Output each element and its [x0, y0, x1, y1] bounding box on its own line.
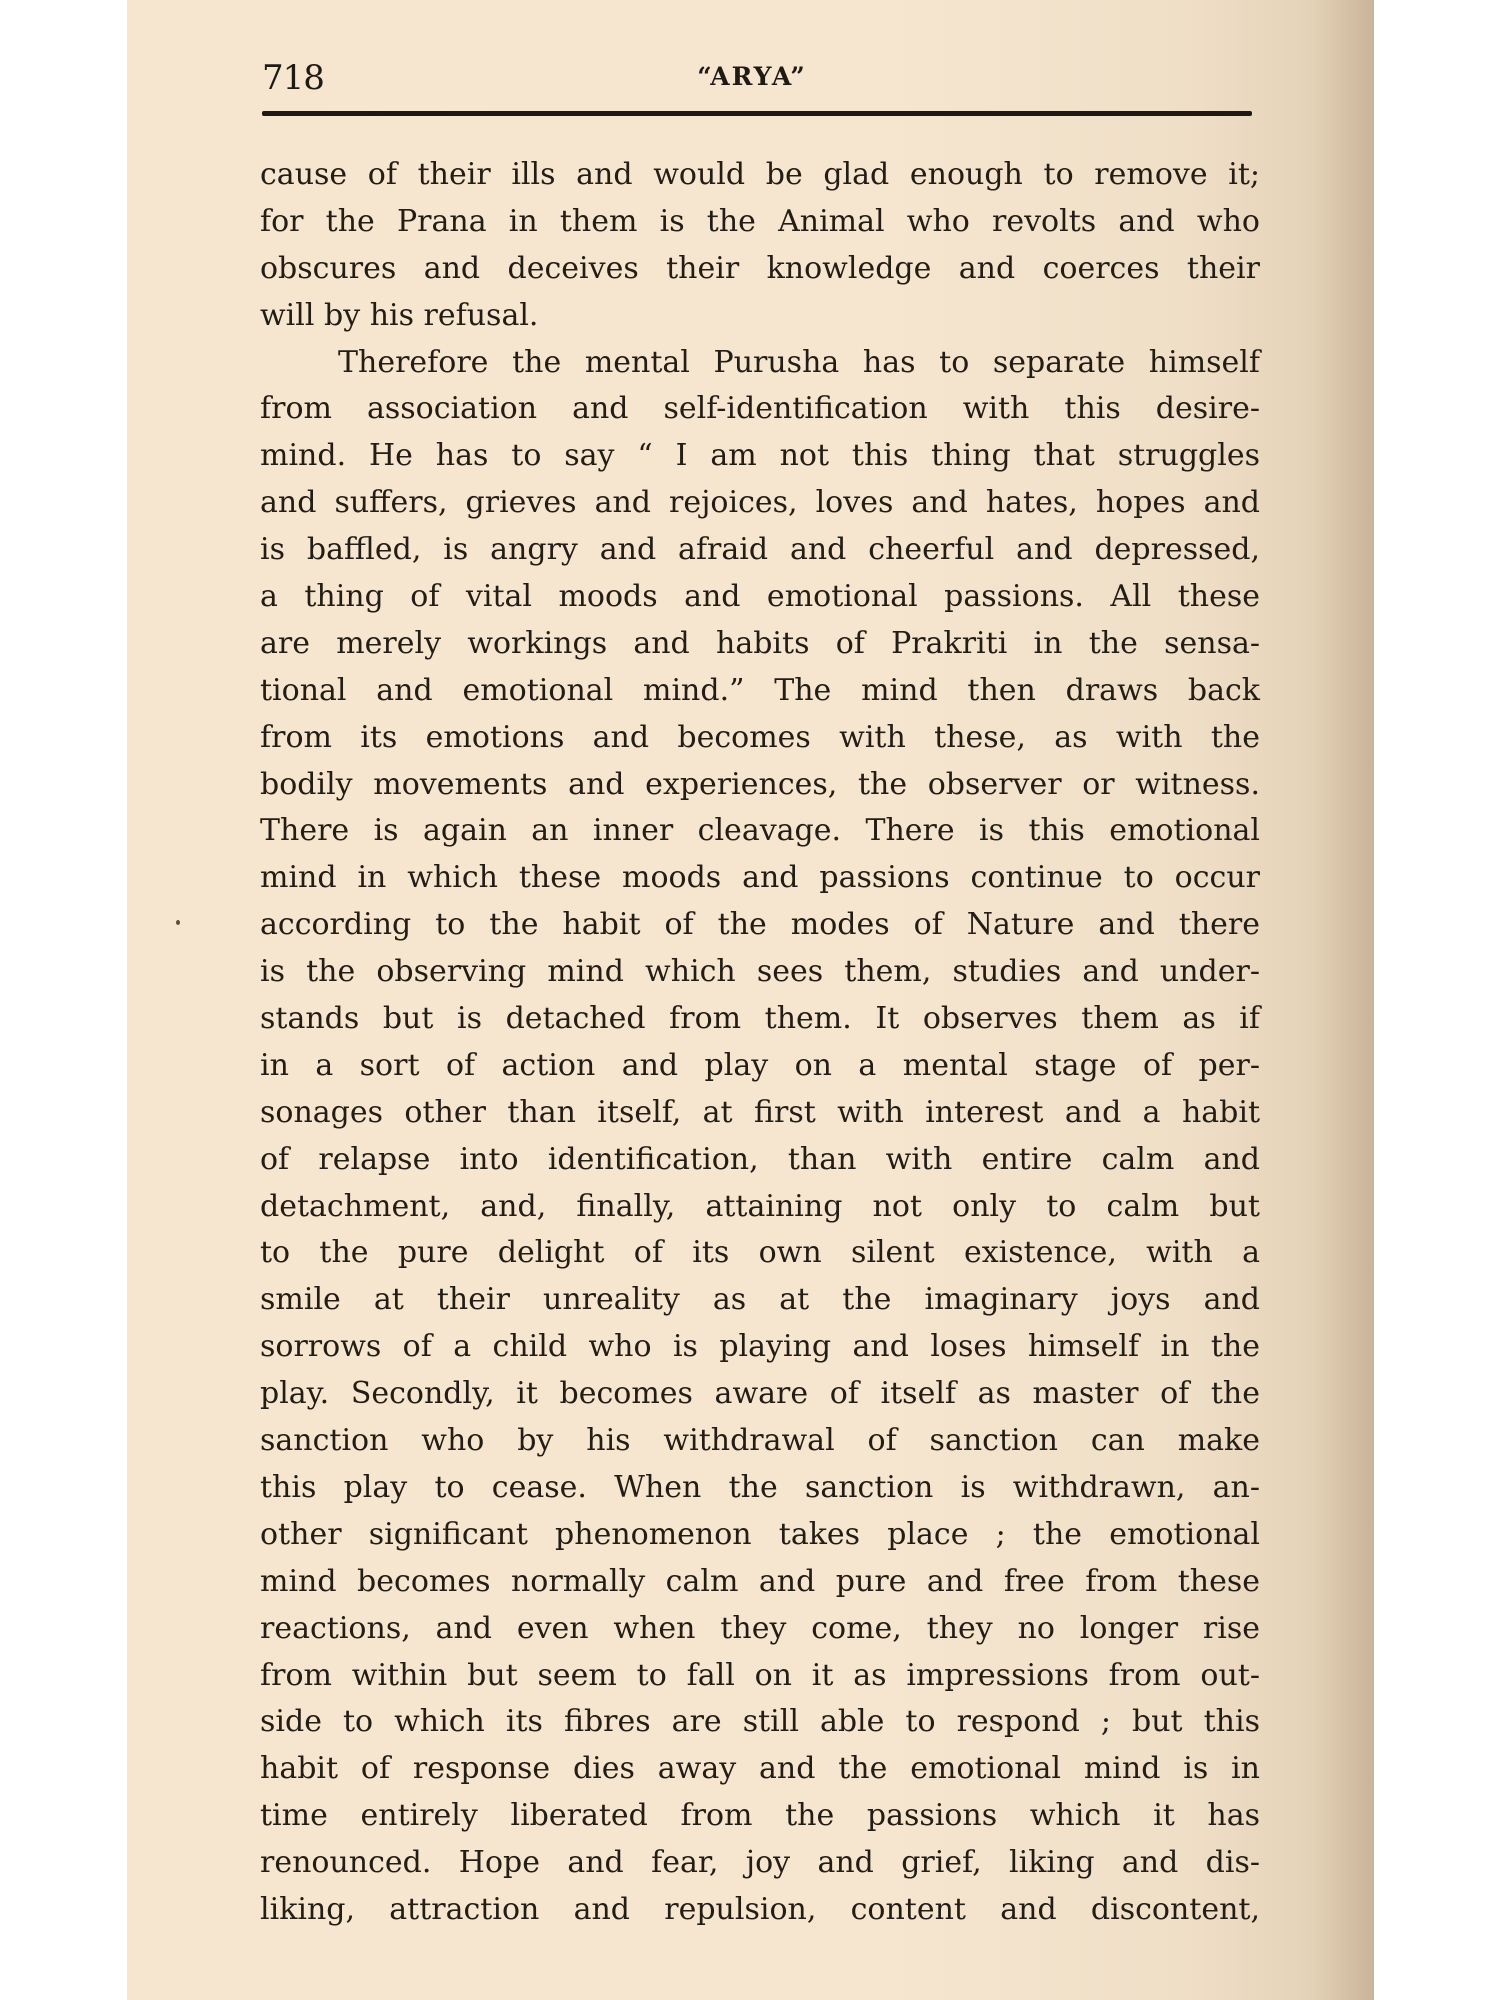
- paper-speck: [176, 920, 180, 925]
- page-number: 718: [262, 58, 324, 98]
- text-line: cause of their ills and would be glad en…: [260, 152, 1260, 199]
- text-line: reactions, and even when they come, they…: [260, 1606, 1260, 1653]
- text-line: is the observing mind which sees them, s…: [260, 949, 1260, 996]
- text-line: according to the habit of the modes of N…: [260, 902, 1260, 949]
- text-line: a thing of vital moods and emotional pas…: [260, 574, 1260, 621]
- text-line: tional and emotional mind.” The mind the…: [260, 668, 1260, 715]
- text-line: are merely workings and habits of Prakri…: [260, 621, 1260, 668]
- text-line: for the Prana in them is the Animal who …: [260, 199, 1260, 246]
- text-line: liking, attraction and repulsion, conten…: [260, 1887, 1260, 1934]
- text-line: other significant phenomenon takes place…: [260, 1512, 1260, 1559]
- text-line: There is again an inner cleavage. There …: [260, 808, 1260, 855]
- running-title: “ARYA”: [582, 62, 922, 91]
- text-line: stands but is detached from them. It obs…: [260, 996, 1260, 1043]
- text-line: bodily movements and experiences, the ob…: [260, 762, 1260, 809]
- page-header: 718 “ARYA”: [262, 52, 1262, 102]
- text-line: to the pure delight of its own silent ex…: [260, 1230, 1260, 1277]
- paragraph-start-line: Therefore the mental Purusha has to sepa…: [260, 340, 1260, 387]
- text-line: will by his refusal.: [260, 293, 1260, 340]
- text-line: this play to cease. When the sanction is…: [260, 1465, 1260, 1512]
- text-line: mind becomes normally calm and pure and …: [260, 1559, 1260, 1606]
- text-line: from its emotions and becomes with these…: [260, 715, 1260, 762]
- text-line: sanction who by his withdrawal of sancti…: [260, 1418, 1260, 1465]
- body-text: cause of their ills and would be glad en…: [260, 152, 1260, 1934]
- header-rule: [262, 111, 1252, 116]
- text-line: is baffled, is angry and afraid and chee…: [260, 527, 1260, 574]
- text-line: detachment, and, finally, attaining not …: [260, 1184, 1260, 1231]
- text-line: side to which its fibres are still able …: [260, 1699, 1260, 1746]
- text-line: mind in which these moods and passions c…: [260, 855, 1260, 902]
- text-line: of relapse into identification, than wit…: [260, 1137, 1260, 1184]
- text-line: mind. He has to say “ I am not this thin…: [260, 433, 1260, 480]
- text-line: sorrows of a child who is playing and lo…: [260, 1324, 1260, 1371]
- text-line: from within but seem to fall on it as im…: [260, 1653, 1260, 1700]
- text-line: renounced. Hope and fear, joy and grief,…: [260, 1840, 1260, 1887]
- text-line: in a sort of action and play on a mental…: [260, 1043, 1260, 1090]
- text-line: sonages other than itself, at first with…: [260, 1090, 1260, 1137]
- book-page: 718 “ARYA” cause of their ills and would…: [127, 0, 1374, 2000]
- text-line: from association and self-identification…: [260, 386, 1260, 433]
- text-line: and suffers, grieves and rejoices, loves…: [260, 480, 1260, 527]
- text-line: time entirely liberated from the passion…: [260, 1793, 1260, 1840]
- text-line: play. Secondly, it becomes aware of itse…: [260, 1371, 1260, 1418]
- text-line: obscures and deceives their knowledge an…: [260, 246, 1260, 293]
- text-line: habit of response dies away and the emot…: [260, 1746, 1260, 1793]
- text-line: smile at their unreality as at the imagi…: [260, 1277, 1260, 1324]
